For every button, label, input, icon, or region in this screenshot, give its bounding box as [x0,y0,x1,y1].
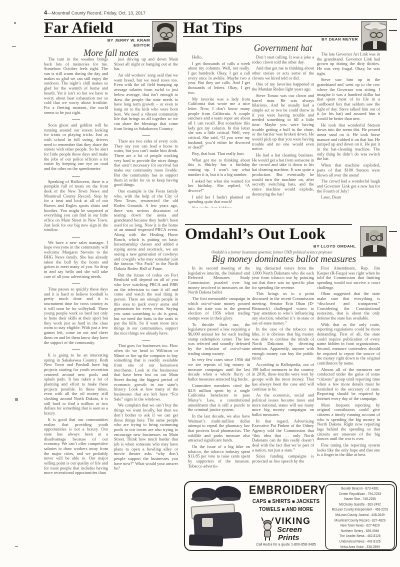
paragraph: In that regard, Advertising Executive Pa… [252,419,314,453]
omdahl-column-1: In its second meeting of the legislative… [188,266,250,474]
paragraph: That goes for businesses too. How often … [114,344,178,402]
paragraph: Hello, [188,55,250,60]
paragraph-divider [44,281,108,286]
paragraph: In very few cases since 1956 did we see … [188,358,250,382]
paragraph: The late Governor Art Link was in the gr… [317,52,380,76]
paragraph: The first memorable campaign in which ou… [188,297,250,321]
paragraph: My favorite was a lady from California t… [188,97,250,150]
paragraph: just driving up and down Main Street all… [114,57,178,72]
paragraph: When that machine exploded, parts of tha… [317,163,380,178]
phone-list-row: McLean County Independent - 463-2201 [326,507,394,512]
omdahl-subhead: Big money dominates ballot measures [188,255,380,265]
paragraph: According to Ballotpedia, out of 198 bal… [252,363,314,392]
paragraph: More frequent reporting by original cont… [317,403,380,442]
paragraph-divider [44,234,108,239]
paragraph: We have a new sales manager. I hope ever… [44,240,108,279]
paragraph: Later, Dean [317,195,380,200]
phone-list-row: McClusky Gazette - 363-2492 [326,502,394,507]
paragraph: It is good that our communities realize … [44,417,108,475]
paragraph: He took that wonderful Stetson down into… [317,123,380,162]
caps-and-shirts-image [189,485,247,547]
phone-list-row: Hazen Star - 748-2255 [326,497,394,502]
phone-list-row: Underwood News - 442-8126 [326,539,394,544]
masthead-text: —Mountrail County Record, Friday, Oct. 1… [47,11,145,16]
paragraph: Fine tuning the reporting system looks l… [317,443,380,458]
omdahl-top-rule [185,224,352,225]
paragraph: Speaking of Halloween, there is a pumpki… [44,179,108,232]
paragraph: First Amendment, Rep. Jim Kasper (R-Farg… [317,266,380,290]
omdahl-column-2: ing distracted voters from the 1,000 Nor… [252,266,314,474]
paragraph: Time passes so quickly these days and it… [44,287,108,345]
phone-list-row: Mountrail County Record - 627-4829 [326,518,394,523]
paragraph: He had a hat cleaning business. He would… [252,153,314,197]
embroidery-ad: EMBROIDERY CAPS ■ SHIRTS ■ JACKETS TOWEL… [184,481,397,551]
hat-tips-subhead: Government hat [250,43,316,53]
paragraph: I told her I hadn’t planned on spending … [188,195,250,205]
paragraph: Since funding campaigns is protected as … [252,454,314,464]
paragraph: Not really. Just kidding. [188,206,250,208]
phone-list-row: New Town News - 627-4829 [326,523,394,528]
phone-list-row: Velva Area Voice - 338-2599 [326,544,394,549]
paragraph: On the issue of a big hike on tobacco, t… [188,445,250,469]
paragraph: Oban suggested that the state make sure … [317,292,380,321]
paragraph: To throttle their use, the legislature p… [188,322,250,356]
paragraph: And that got me to thinking about other … [252,66,314,81]
paragraph-divider [44,173,108,178]
paragraph: One example is the Fosta family who, wit… [114,189,178,271]
paragraph: We complain that we can’t buy the things… [114,403,178,471]
phone-list-row: McLean County Journal - 448-2649 [326,512,394,517]
hat-tips-right-rule [389,30,397,31]
paragraph: But the future of rodeo on Fort Berthold… [114,273,178,336]
scan-artifact [15,398,18,401]
paragraph: It is going to be an interesting spring … [44,353,108,416]
ad-title: EMBROIDERY [249,485,326,497]
phone-list-row: Northern Sentry - 839-0946 [326,528,394,533]
paragraph: Steve saw him up in the grandstand and w… [317,78,380,122]
omdahl-column-3: First Amendment, Rep. Jim Kasper (R-Farg… [317,266,380,474]
paragraph-divider [44,347,108,352]
dean-meyer-photo [361,21,387,51]
ad-brand-prints: Prints [278,533,299,542]
phone-list-row: Center Republican - 794-2253 [326,491,394,496]
paragraph: Boy, that hurt. That really hurt. [188,152,250,157]
paragraph: With that as the only route, reporting r… [317,322,380,366]
newspaper-phone-directory: Beulah Beacon - 873-4381Center Republica… [325,484,395,550]
far-afield-column-1: The turn in the weather brings back lots… [44,57,108,547]
omdahl-right-rule [389,231,397,232]
ad-contact-line: Call Audra for a quote 1-800-658-3485 [243,543,329,549]
paragraph: This brings us to a point discussed in t… [252,292,314,326]
paragraph: Committee members cited the $2.8 million… [188,383,250,412]
paragraph: As the economic, social and political is… [252,393,314,417]
paragraph-divider [114,337,178,342]
paragraph-divider [44,117,108,122]
scan-artifact [14,22,16,24]
paragraph: An old workers’ song said that we want b… [114,73,178,131]
hat-tips-column-3: The late Governor Art Link was in the gr… [317,52,380,207]
ad-items-line2: TOWELS ■ AND MORE [247,507,325,514]
paragraph: In the last decade, we also have Walmart… [188,414,250,443]
paragraph: What got me to thinking about this is Sh… [188,158,250,177]
hat-tips-column-2: Don’t start calling. It was a joke a rod… [252,55,314,207]
far-afield-column-2: just driving up and down Main Street all… [114,57,178,537]
phone-list-row: Beulah Beacon - 873-4381 [326,486,394,491]
newspaper-page: 4—Mountrail County Record, Friday, Oct. … [0,0,400,567]
far-afield-title-rule [44,36,150,37]
paragraph: Don’t start calling. It was a joke a rod… [252,55,314,65]
paragraph: The turn in the weather brings back lots… [44,57,108,115]
paragraph: I get thousands of calls a week about my… [188,61,250,95]
paragraph: I asked her what she wanted for her birt… [188,179,250,194]
far-afield-subhead: More fall notes [44,48,178,58]
paragraph: The crowd had a wonderful laugh and Gove… [317,179,380,194]
paragraph-divider [114,133,178,138]
paragraph: There are two sides of every coin. They … [114,139,178,187]
ad-items-line1: CAPS ■ SHIRTS ■ JACKETS [247,499,325,506]
hat-tips-column-1: Hello,I get thousands of calls a week ab… [188,55,250,208]
paragraph: In the case of the tobacco tax hike, it … [252,327,314,361]
omdahl-title: Omdahl’s Out Look [185,226,326,244]
scan-artifact [12,46,16,47]
paragraph: Steve Tomac was our clown and barrel man… [252,93,314,151]
paragraph: One of my favorites happened at the Mand… [252,82,314,92]
viking-mascot-icon [261,517,274,541]
paragraph: ing distracted voters from the 1,000 Nor… [252,266,314,290]
paragraph: Soon ghost and goblins will be running a… [44,123,108,171]
lloyd-omdahl-photo [360,226,387,257]
phone-list-row: The Leader-News - 462-8126 [326,534,394,539]
paragraph: In its second meeting of the legislative… [188,266,250,295]
paragraph: Almost all of the measures are conducted… [317,367,380,401]
scan-artifact [15,546,18,547]
